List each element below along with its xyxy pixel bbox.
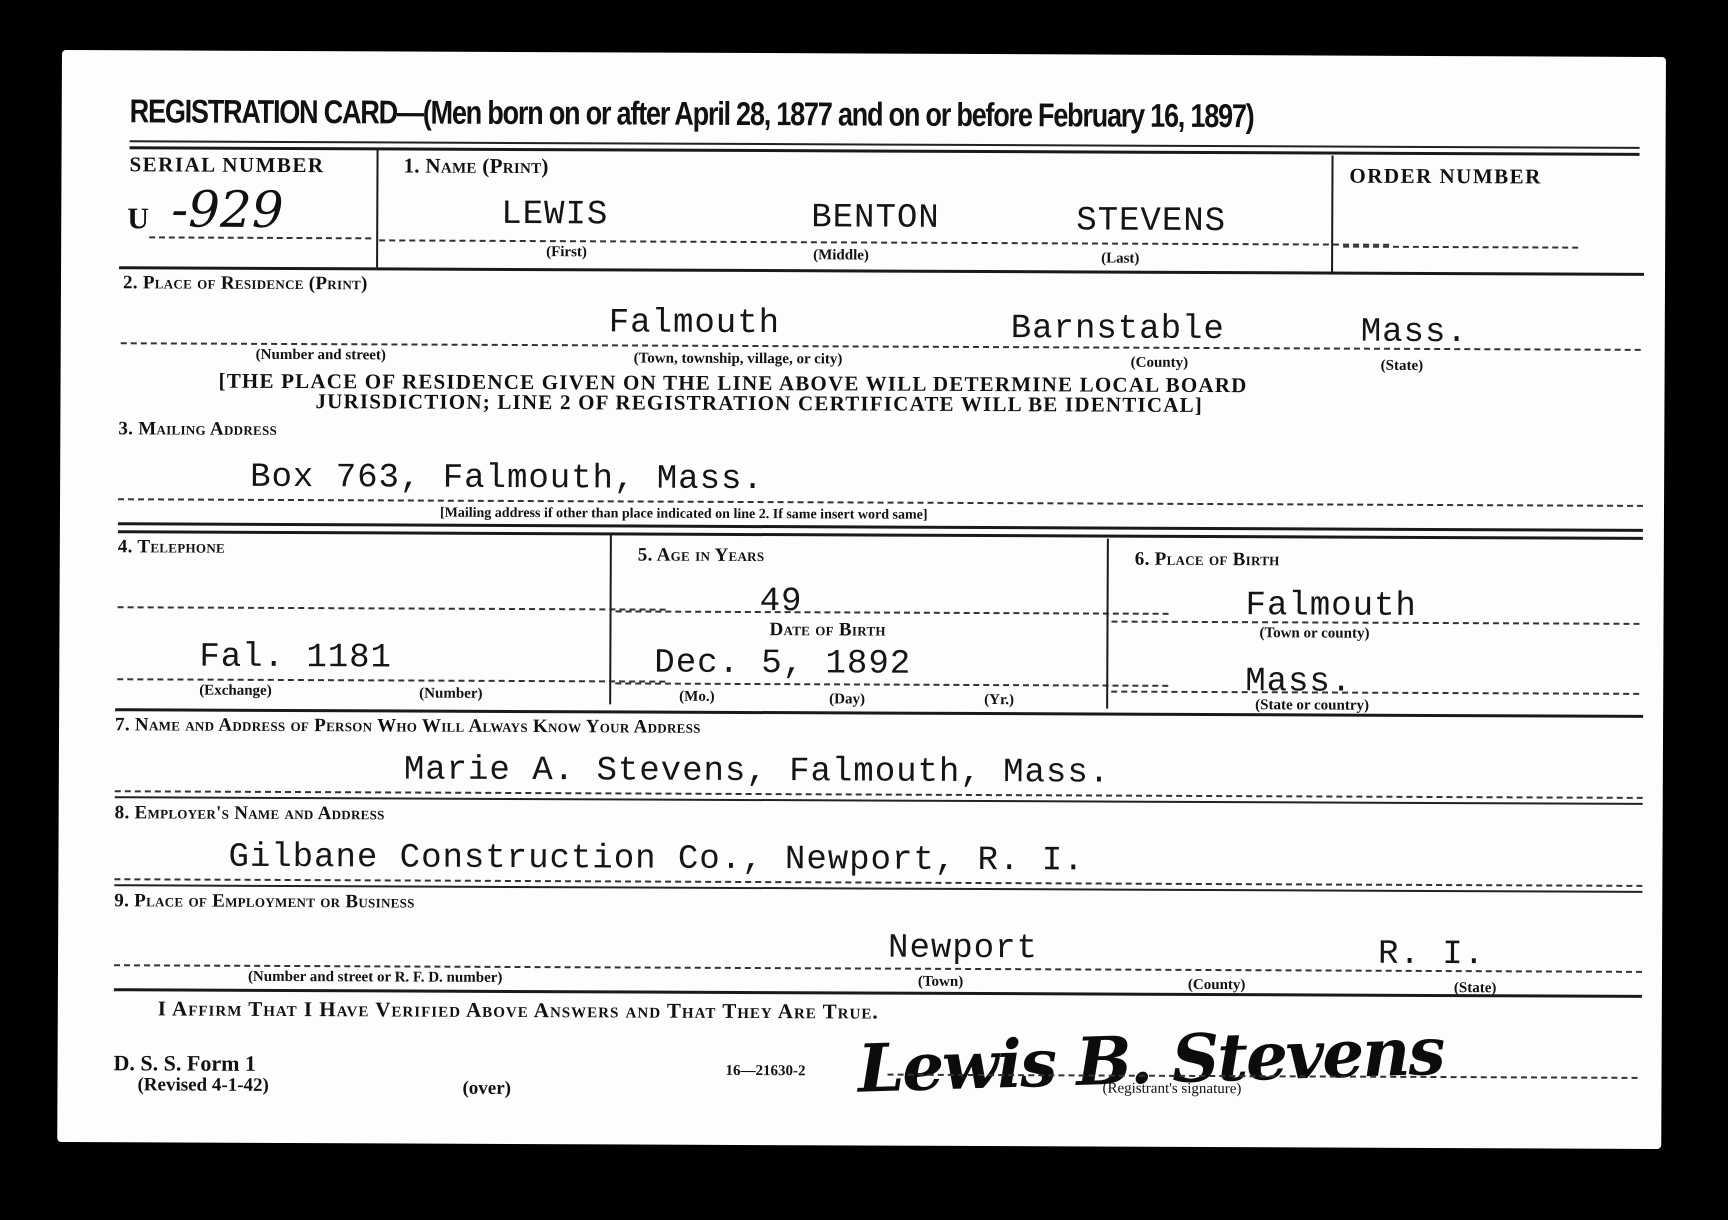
print-code: 16—21630-2 — [726, 1063, 806, 1080]
age-label: 5. Age in Years — [638, 545, 765, 568]
employment-street-caption: (Number and street or R. F. D. number) — [248, 969, 503, 987]
contact-value: Marie A. Stevens, Falmouth, Mass. — [404, 751, 1110, 792]
employment-town-caption: (Town) — [918, 974, 963, 991]
middle-caption: (Middle) — [813, 247, 869, 264]
registration-card: REGISTRATION CARD—(Men born on or after … — [57, 50, 1666, 1149]
employer-value: Gilbane Construction Co., Newport, R. I. — [228, 839, 1084, 881]
serial-line — [149, 236, 371, 239]
employment-county-caption: (County) — [1188, 977, 1246, 994]
age-value: 49 — [760, 583, 803, 621]
first-name-value: LEWIS — [501, 196, 608, 234]
dob-value: Dec. 5, 1892 — [654, 645, 911, 684]
birthplace-town-caption: (Town or county) — [1259, 625, 1369, 642]
mailing-address-value: Box 763, Falmouth, Mass. — [250, 459, 764, 499]
order-number-line — [1343, 246, 1578, 249]
serial-prefix: U — [127, 202, 149, 236]
birthplace-town-value: Falmouth — [1246, 587, 1417, 626]
age-line — [616, 610, 1169, 614]
number-caption: (Number) — [419, 686, 482, 703]
name-line — [379, 239, 1389, 245]
residence-state-value: Mass. — [1361, 314, 1468, 352]
serial-number-label: SERIAL NUMBER — [129, 152, 324, 178]
mailing-caption: [Mailing address if other than place ind… — [440, 506, 928, 524]
employment-town-value: Newport — [888, 930, 1038, 969]
birthplace-state-value: Mass. — [1245, 663, 1352, 701]
employment-place-label: 9. Place of Employment or Business — [114, 890, 414, 913]
middle-name-value: BENTON — [811, 199, 940, 238]
month-caption: (Mo.) — [679, 689, 714, 706]
mailing-address-label: 3. Mailing Address — [118, 418, 277, 441]
first-caption: (First) — [546, 244, 587, 261]
residence-county-value: Barnstable — [1011, 310, 1225, 349]
contact-label: 7. Name and Address of Person Who Will A… — [115, 714, 701, 739]
divider — [118, 530, 1643, 540]
birthplace-state-line — [1111, 691, 1639, 695]
mailing-line — [118, 498, 1643, 507]
card-title: REGISTRATION CARD—(Men born on or after … — [130, 92, 1254, 135]
last-name-value: STEVENS — [1076, 202, 1226, 241]
day-caption: (Day) — [829, 691, 865, 708]
birthplace-state-caption: (State or country) — [1255, 697, 1369, 714]
form-revised: (Revised 4-1-42) — [137, 1074, 268, 1097]
divider — [609, 534, 612, 704]
divider — [1331, 156, 1334, 274]
exchange-caption: (Exchange) — [199, 683, 272, 700]
form-name: D. S. S. Form 1 — [114, 1050, 257, 1077]
residence-notice-line2: JURISDICTION; LINE 2 OF REGISTRATION CER… — [315, 391, 1203, 416]
divider — [1106, 539, 1109, 709]
town-caption: (Town, township, village, or city) — [634, 350, 843, 368]
name-label: 1. Name (Print) — [403, 153, 548, 179]
county-caption: (County) — [1131, 355, 1189, 372]
employment-state-value: R. I. — [1378, 936, 1485, 974]
over-note: (over) — [462, 1078, 511, 1100]
serial-number-value: -929 — [171, 180, 284, 238]
employer-label: 8. Employer's Name and Address — [115, 802, 385, 825]
telephone-value: Fal. 1181 — [199, 639, 392, 678]
year-caption: (Yr.) — [984, 692, 1014, 709]
residence-label: 2. Place of Residence (Print) — [123, 272, 368, 295]
telephone-line-top — [118, 606, 666, 610]
order-number-label: ORDER NUMBER — [1349, 164, 1542, 190]
divider — [376, 149, 379, 267]
birthplace-label: 6. Place of Birth — [1135, 549, 1280, 572]
affirmation-text: I Affirm That I Have Verified Above Answ… — [158, 996, 879, 1024]
signature-caption: (Registrant's signature) — [1102, 1081, 1241, 1099]
telephone-label: 4. Telephone — [118, 536, 225, 558]
dob-line — [615, 682, 1168, 686]
street-caption: (Number and street) — [256, 347, 386, 365]
last-caption: (Last) — [1101, 251, 1139, 268]
state-caption: (State) — [1381, 358, 1424, 375]
residence-town-value: Falmouth — [609, 304, 780, 343]
dob-label: Date of Birth — [769, 619, 885, 642]
